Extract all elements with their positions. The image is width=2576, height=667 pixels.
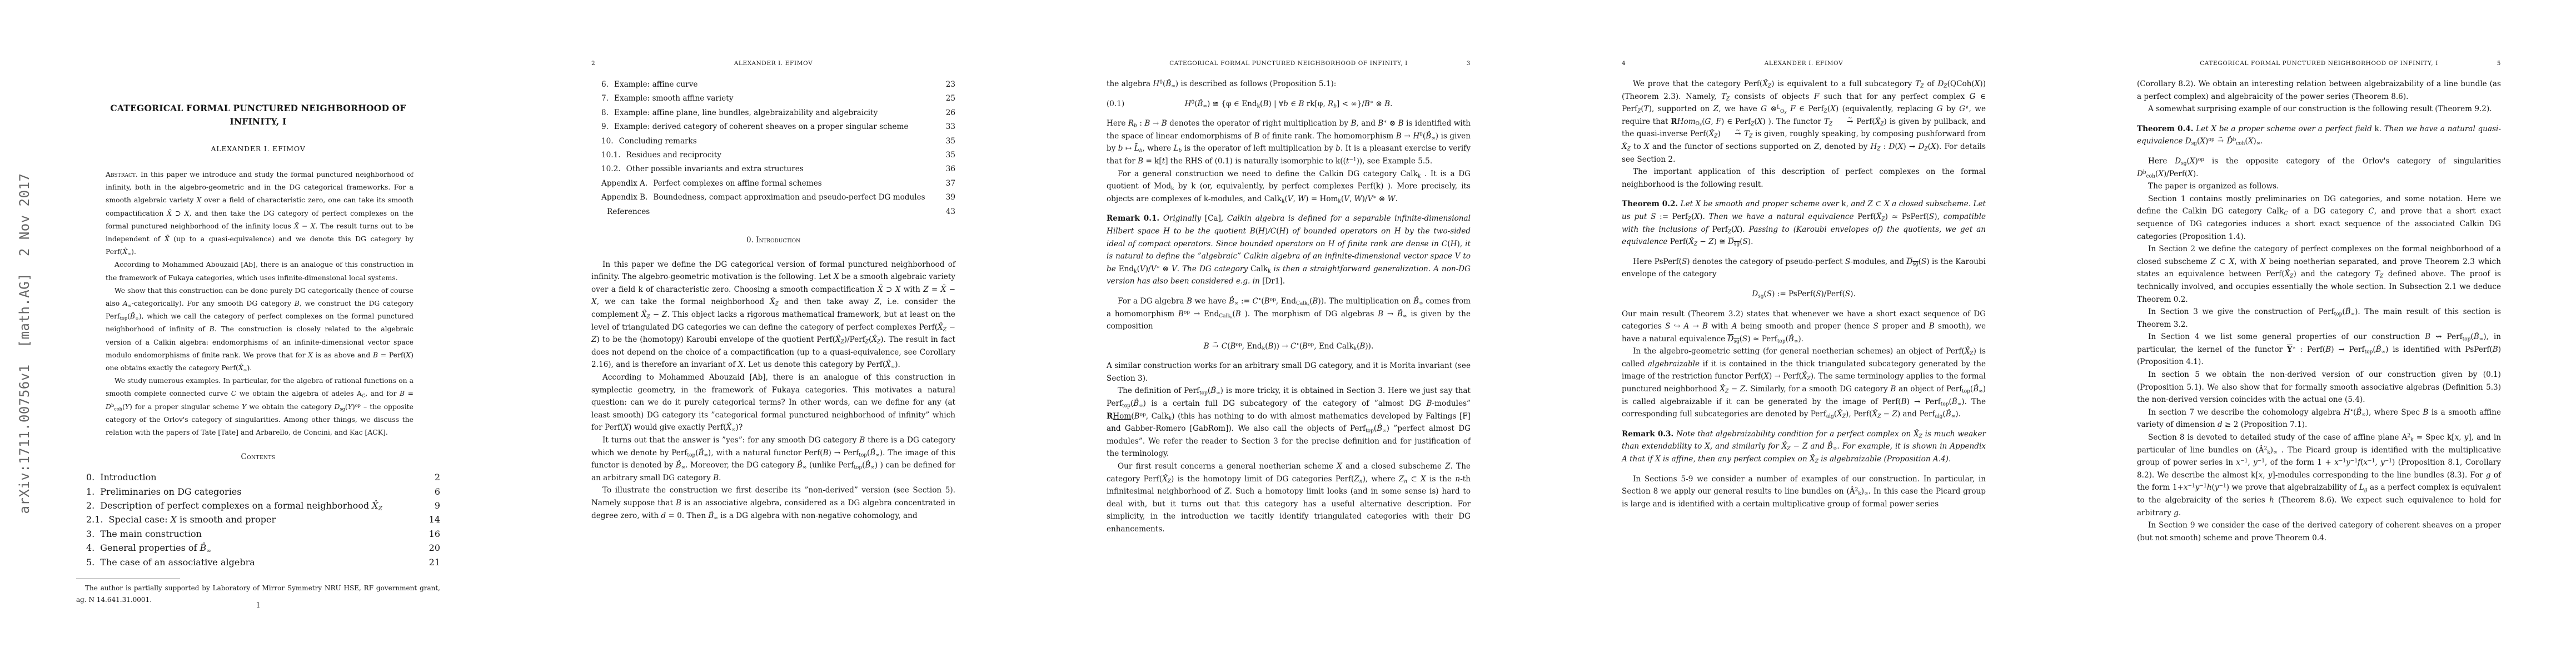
toc-entry: 9.Example: derived category of coherent … bbox=[591, 120, 955, 134]
paragraph: Section 8 is devoted to detailed study o… bbox=[2137, 431, 2501, 519]
toc-entry: 1.Preliminaries on DG categories6 bbox=[76, 485, 440, 499]
toc-entry: 2.Description of perfect complexes on a … bbox=[76, 499, 440, 512]
toc-entry: Appendix A.Perfect complexes on affine f… bbox=[591, 177, 955, 191]
paragraph: (Corollary 8.2). We obtain an interestin… bbox=[2137, 78, 2501, 103]
toc-page-number: 14 bbox=[429, 512, 440, 526]
toc-page-number: 9 bbox=[435, 499, 440, 512]
page-2-column: 6.Example: affine curve23 7.Example: smo… bbox=[591, 78, 955, 522]
paragraph: Our main result (Theorem 3.2) states tha… bbox=[1622, 308, 1986, 346]
toc-page-number: 37 bbox=[946, 177, 955, 191]
page-3-column: the algebra H0(B̂∞) is described as foll… bbox=[1107, 78, 1471, 536]
paper-title: CATEGORICAL FORMAL PUNCTURED NEIGHBORHOO… bbox=[76, 102, 440, 128]
running-head-page-number: 2 bbox=[591, 60, 630, 67]
paragraph: For a general construction we need to de… bbox=[1107, 168, 1471, 206]
paragraph: To illustrate the construction we first … bbox=[591, 484, 955, 522]
toc-page-number: 43 bbox=[946, 205, 955, 219]
abstract-paragraph: According to Mohammed Abouzaid [Ab], the… bbox=[106, 258, 413, 283]
toc-page-number: 20 bbox=[429, 541, 440, 555]
paragraph: Our first result concerns a general noet… bbox=[1107, 460, 1471, 536]
toc-entry: 2.1.Special case: X is smooth and proper… bbox=[76, 512, 440, 526]
page-1: arXiv:1711.00756v1 [math.AG] 2 Nov 2017 … bbox=[0, 0, 515, 667]
author: ALEXANDER I. EFIMOV bbox=[76, 145, 440, 153]
page-5-column: (Corollary 8.2). We obtain an interestin… bbox=[2137, 78, 2501, 544]
page-4: 4 ALEXANDER I. EFIMOV We prove that the … bbox=[1546, 0, 2061, 667]
toc-entry: 10.Concluding remarks35 bbox=[591, 135, 955, 148]
abstract-paragraph: We study numerous examples. In particula… bbox=[106, 374, 413, 439]
paragraph: In Sections 5-9 we consider a number of … bbox=[1622, 473, 1986, 511]
toc-entry: 5.The case of an associative algebra21 bbox=[76, 555, 440, 569]
equation-body: Dsg(S) := PsPerf(S)/Perf(S). bbox=[1752, 290, 1856, 298]
paragraph: In Section 2 we define the category of p… bbox=[2137, 243, 2501, 306]
toc-page-number: 25 bbox=[946, 92, 955, 106]
toc-entry: 4.General properties of B̂∞20 bbox=[76, 541, 440, 555]
remark-0-1: Remark 0.1. Originally [Ca], Calkin alge… bbox=[1107, 212, 1471, 288]
abstract-paragraph: Abstract. In this paper we introduce and… bbox=[106, 168, 413, 258]
remark-text: Note that algebraizability condition for… bbox=[1622, 430, 1986, 464]
toc-entry: 10.2.Other possible invariants and extra… bbox=[591, 162, 955, 176]
running-head-title: CATEGORICAL FORMAL PUNCTURED NEIGHBORHOO… bbox=[2176, 60, 2462, 67]
equation-dsg: Dsg(S) := PsPerf(S)/Perf(S). bbox=[1622, 288, 1986, 301]
abstract: Abstract. In this paper we introduce and… bbox=[106, 168, 413, 439]
toc-entry: 10.1.Residues and reciprocity35 bbox=[591, 148, 955, 162]
theorem-0-4: Theorem 0.4. Let X be a proper scheme ov… bbox=[2137, 123, 2501, 148]
paragraph: According to Mohammed Abouzaid [Ab], the… bbox=[591, 371, 955, 434]
equation-number: (0.1) bbox=[1107, 98, 1124, 111]
paragraph: The definition of Perftop(B̂∞) is more t… bbox=[1107, 385, 1471, 460]
running-head: 4 ALEXANDER I. EFIMOV bbox=[1622, 60, 1986, 67]
theorem-label: Theorem 0.4. bbox=[2137, 125, 2193, 133]
toc-entry: 8.Example: affine plane, line bundles, a… bbox=[591, 106, 955, 120]
running-head: CATEGORICAL FORMAL PUNCTURED NEIGHBORHOO… bbox=[2137, 60, 2501, 67]
equation-composition: B ∼→ C(Bop, Endk(B)) → C•(Bop, End Calkk… bbox=[1107, 340, 1471, 353]
running-head-page-number: 4 bbox=[1622, 60, 1661, 67]
toc-entry: Appendix B.Boundedness, compact approxim… bbox=[591, 191, 955, 205]
paragraph: In Section 9 we consider the case of the… bbox=[2137, 519, 2501, 544]
paragraph: Section 1 contains mostly preliminaries … bbox=[2137, 193, 2501, 243]
pdf-sheet: arXiv:1711.00756v1 [math.AG] 2 Nov 2017 … bbox=[0, 0, 2576, 667]
paragraph: In Section 4 we list some general proper… bbox=[2137, 331, 2501, 369]
paragraph: the algebra H0(B̂∞) is described as foll… bbox=[1107, 78, 1471, 91]
equation-body: B ∼→ C(Bop, Endk(B)) → C•(Bop, End Calkk… bbox=[1204, 342, 1374, 351]
table-of-contents: 6.Example: affine curve23 7.Example: smo… bbox=[591, 78, 955, 219]
contents-heading: Contents bbox=[76, 452, 440, 461]
toc-page-number: 2 bbox=[435, 470, 440, 484]
paragraph: The paper is organized as follows. bbox=[2137, 180, 2501, 193]
paragraph: In Section 3 we give the construction of… bbox=[2137, 306, 2501, 331]
running-head-page-number: 3 bbox=[1432, 60, 1471, 67]
remark-label: Remark 0.3. bbox=[1622, 430, 1673, 439]
remark-0-3: Remark 0.3. Note that algebraizability c… bbox=[1622, 428, 1986, 466]
toc-entry: 0.Introduction2 bbox=[76, 470, 440, 484]
paragraph: For a DG algebra B we have B̂∞ := C•(Bop… bbox=[1107, 295, 1471, 333]
toc-page-number: 35 bbox=[946, 135, 955, 148]
running-head-title: ALEXANDER I. EFIMOV bbox=[630, 60, 916, 67]
toc-page-number: 23 bbox=[946, 78, 955, 92]
running-head-title: ALEXANDER I. EFIMOV bbox=[1661, 60, 1947, 67]
remark-label: Remark 0.1. bbox=[1107, 214, 1159, 223]
arxiv-stamp: arXiv:1711.00756v1 [math.AG] 2 Nov 2017 bbox=[17, 173, 32, 514]
page-1-column: CATEGORICAL FORMAL PUNCTURED NEIGHBORHOO… bbox=[76, 102, 440, 606]
abstract-label: Abstract. bbox=[106, 170, 138, 178]
running-head: 2 ALEXANDER I. EFIMOV bbox=[591, 60, 955, 67]
paragraph: Here Rb : B → B denotes the operator of … bbox=[1107, 117, 1471, 167]
paragraph: In section 7 we describe the cohomology … bbox=[2137, 406, 2501, 431]
paragraph: Here PsPerf(S) denotes the category of p… bbox=[1622, 256, 1986, 281]
paragraph: A similar construction works for an arbi… bbox=[1107, 360, 1471, 385]
running-head-page-number: 5 bbox=[2462, 60, 2501, 67]
paragraph: Here Dsg(X)op is the opposite category o… bbox=[2137, 155, 2501, 180]
paragraph: In the algebro-geometric setting (for ge… bbox=[1622, 345, 1986, 421]
page-5: CATEGORICAL FORMAL PUNCTURED NEIGHBORHOO… bbox=[2061, 0, 2576, 667]
toc-page-number: 36 bbox=[946, 162, 955, 176]
paragraph: The important application of this descri… bbox=[1622, 166, 1986, 191]
page-3: CATEGORICAL FORMAL PUNCTURED NEIGHBORHOO… bbox=[1030, 0, 1546, 667]
theorem-label: Theorem 0.2. bbox=[1622, 200, 1678, 208]
toc-page-number: 26 bbox=[946, 106, 955, 120]
page-4-column: We prove that the category Perf(X̂Z) is … bbox=[1622, 78, 1986, 510]
toc-entry: 6.Example: affine curve23 bbox=[591, 78, 955, 92]
paragraph: In this paper we define the DG categoric… bbox=[591, 258, 955, 371]
toc-page-number: 16 bbox=[429, 527, 440, 541]
toc-entry: 7.Example: smooth affine variety25 bbox=[591, 92, 955, 106]
table-of-contents: 0.Introduction2 1.Preliminaries on DG ca… bbox=[76, 470, 440, 569]
toc-page-number: 21 bbox=[429, 555, 440, 569]
toc-page-number: 33 bbox=[946, 120, 955, 134]
remark-text: Originally [Ca], Calkin algebra is defin… bbox=[1107, 214, 1471, 286]
running-head-title: CATEGORICAL FORMAL PUNCTURED NEIGHBORHOO… bbox=[1145, 60, 1432, 67]
toc-entry: 3.The main construction16 bbox=[76, 527, 440, 541]
paragraph: It turns out that the answer is ”yes”: f… bbox=[591, 434, 955, 484]
paragraph: We prove that the category Perf(X̂Z) is … bbox=[1622, 78, 1986, 166]
equation-0-1: (0.1) H0(B̂∞) ≅ {φ ∈ Endk(B) | ∀b ∈ B rk… bbox=[1107, 98, 1471, 111]
theorem-0-2: Theorem 0.2. Let X be smooth and proper … bbox=[1622, 198, 1986, 248]
paragraph: A somewhat surprising example of our con… bbox=[2137, 103, 2501, 116]
footnote-rule bbox=[76, 579, 180, 579]
toc-page-number: 6 bbox=[435, 485, 440, 499]
paragraph: In section 5 we obtain the non-derived v… bbox=[2137, 369, 2501, 406]
toc-entry: References43 bbox=[591, 205, 955, 219]
toc-page-number: 39 bbox=[946, 191, 955, 205]
running-head: CATEGORICAL FORMAL PUNCTURED NEIGHBORHOO… bbox=[1107, 60, 1471, 67]
abstract-paragraph: We show that this construction can be do… bbox=[106, 284, 413, 374]
equation-body: H0(B̂∞) ≅ {φ ∈ Endk(B) | ∀b ∈ B rk[φ, Rb… bbox=[1185, 99, 1393, 108]
abstract-text: In this paper we introduce and study the… bbox=[106, 170, 413, 256]
section-heading: 0. Introduction bbox=[591, 234, 955, 247]
page-number: 1 bbox=[76, 601, 440, 610]
toc-page-number: 35 bbox=[946, 148, 955, 162]
page-2: 2 ALEXANDER I. EFIMOV 6.Example: affine … bbox=[515, 0, 1030, 667]
